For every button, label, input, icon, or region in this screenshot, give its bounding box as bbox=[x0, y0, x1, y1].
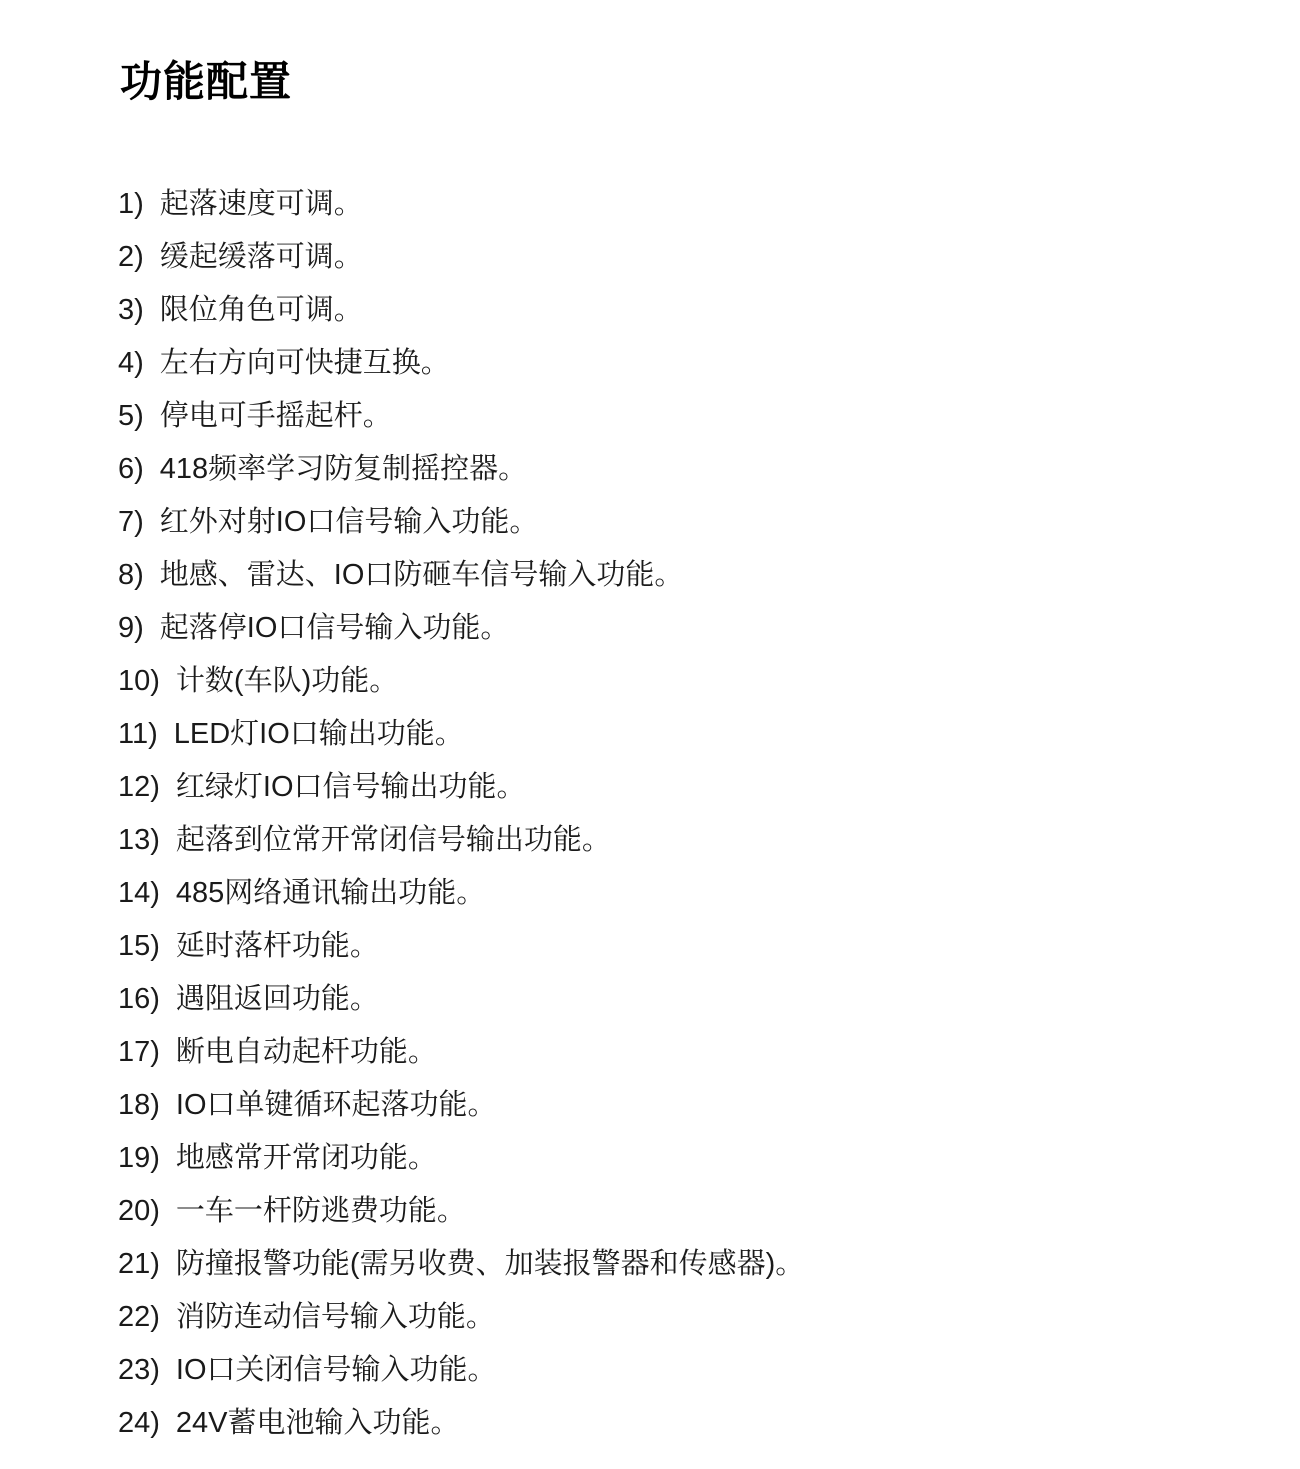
item-number: 6) bbox=[118, 443, 144, 496]
item-text: 左右方向可快捷互换。 bbox=[160, 347, 450, 379]
item-number: 3) bbox=[118, 284, 144, 337]
item-number: 22) bbox=[118, 1291, 160, 1344]
item-text: IO口单键循环起落功能。 bbox=[176, 1089, 497, 1121]
item-text: 遇阻返回功能。 bbox=[176, 983, 379, 1015]
item-text: 起落到位常开常闭信号输出功能。 bbox=[176, 824, 611, 856]
item-number: 14) bbox=[118, 867, 160, 920]
item-number: 2) bbox=[118, 231, 144, 284]
item-number: 20) bbox=[118, 1185, 160, 1238]
item-text: 485网络通讯输出功能。 bbox=[176, 877, 485, 909]
item-number: 1) bbox=[118, 178, 144, 231]
list-item: 17)断电自动起杆功能。 bbox=[118, 1026, 1260, 1079]
item-number: 16) bbox=[118, 973, 160, 1026]
list-item: 16)遇阻返回功能。 bbox=[118, 973, 1260, 1026]
item-number: 15) bbox=[118, 920, 160, 973]
item-text: 防撞报警功能(需另收费、加装报警器和传感器)。 bbox=[176, 1248, 804, 1280]
list-item: 11)LED灯IO口输出功能。 bbox=[118, 708, 1260, 761]
item-text: 起落停IO口信号输入功能。 bbox=[160, 612, 510, 644]
item-text: 24V蓄电池输入功能。 bbox=[176, 1407, 460, 1439]
list-item: 20)一车一杆防逃费功能。 bbox=[118, 1185, 1260, 1238]
list-item: 24)24V蓄电池输入功能。 bbox=[118, 1397, 1260, 1450]
item-text: LED灯IO口输出功能。 bbox=[174, 718, 464, 750]
page-title: 功能配置 bbox=[120, 58, 1260, 106]
item-text: 缓起缓落可调。 bbox=[160, 241, 363, 273]
list-item: 13)起落到位常开常闭信号输出功能。 bbox=[118, 814, 1260, 867]
item-number: 7) bbox=[118, 496, 144, 549]
list-item: 1)起落速度可调。 bbox=[118, 178, 1260, 231]
item-text: 计数(车队)功能。 bbox=[176, 665, 398, 697]
list-item: 19)地感常开常闭功能。 bbox=[118, 1132, 1260, 1185]
item-text: 消防连动信号输入功能。 bbox=[176, 1301, 495, 1333]
item-number: 21) bbox=[118, 1238, 160, 1291]
list-item: 5)停电可手摇起杆。 bbox=[118, 390, 1260, 443]
item-number: 11) bbox=[118, 708, 158, 761]
item-text: 418频率学习防复制摇控器。 bbox=[160, 453, 527, 485]
list-item: 15)延时落杆功能。 bbox=[118, 920, 1260, 973]
list-item: 2)缓起缓落可调。 bbox=[118, 231, 1260, 284]
item-text: 地感常开常闭功能。 bbox=[176, 1142, 437, 1174]
item-text: 断电自动起杆功能。 bbox=[176, 1036, 437, 1068]
item-text: 红外对射IO口信号输入功能。 bbox=[160, 506, 539, 538]
item-number: 23) bbox=[118, 1344, 160, 1397]
item-number: 18) bbox=[118, 1079, 160, 1132]
item-number: 17) bbox=[118, 1026, 160, 1079]
item-number: 13) bbox=[118, 814, 160, 867]
item-number: 19) bbox=[118, 1132, 160, 1185]
list-item: 8)地感、雷达、IO口防砸车信号输入功能。 bbox=[118, 549, 1260, 602]
list-item: 14)485网络通讯输出功能。 bbox=[118, 867, 1260, 920]
item-text: 延时落杆功能。 bbox=[176, 930, 379, 962]
list-item: 4)左右方向可快捷互换。 bbox=[118, 337, 1260, 390]
item-text: 停电可手摇起杆。 bbox=[160, 400, 392, 432]
list-item: 10)计数(车队)功能。 bbox=[118, 655, 1260, 708]
list-item: 21)防撞报警功能(需另收费、加装报警器和传感器)。 bbox=[118, 1238, 1260, 1291]
list-item: 3)限位角色可调。 bbox=[118, 284, 1260, 337]
list-item: 9)起落停IO口信号输入功能。 bbox=[118, 602, 1260, 655]
list-item: 6)418频率学习防复制摇控器。 bbox=[118, 443, 1260, 496]
item-text: 限位角色可调。 bbox=[160, 294, 363, 326]
list-item: 18)IO口单键循环起落功能。 bbox=[118, 1079, 1260, 1132]
list-item: 23)IO口关闭信号输入功能。 bbox=[118, 1344, 1260, 1397]
item-text: 地感、雷达、IO口防砸车信号输入功能。 bbox=[160, 559, 684, 591]
list-item: 22)消防连动信号输入功能。 bbox=[118, 1291, 1260, 1344]
item-number: 10) bbox=[118, 655, 160, 708]
item-number: 5) bbox=[118, 390, 144, 443]
item-text: 红绿灯IO口信号输出功能。 bbox=[176, 771, 526, 803]
item-text: 一车一杆防逃费功能。 bbox=[176, 1195, 466, 1227]
item-number: 24) bbox=[118, 1397, 160, 1450]
list-item: 7)红外对射IO口信号输入功能。 bbox=[118, 496, 1260, 549]
item-number: 9) bbox=[118, 602, 144, 655]
item-number: 4) bbox=[118, 337, 144, 390]
item-text: 起落速度可调。 bbox=[160, 188, 363, 220]
item-number: 12) bbox=[118, 761, 160, 814]
list-item: 12)红绿灯IO口信号输出功能。 bbox=[118, 761, 1260, 814]
document-page: 功能配置 1)起落速度可调。 2)缓起缓落可调。 3)限位角色可调。 4)左右方… bbox=[0, 0, 1300, 1469]
item-text: IO口关闭信号输入功能。 bbox=[176, 1354, 497, 1386]
item-number: 8) bbox=[118, 549, 144, 602]
feature-list: 1)起落速度可调。 2)缓起缓落可调。 3)限位角色可调。 4)左右方向可快捷互… bbox=[118, 178, 1260, 1450]
